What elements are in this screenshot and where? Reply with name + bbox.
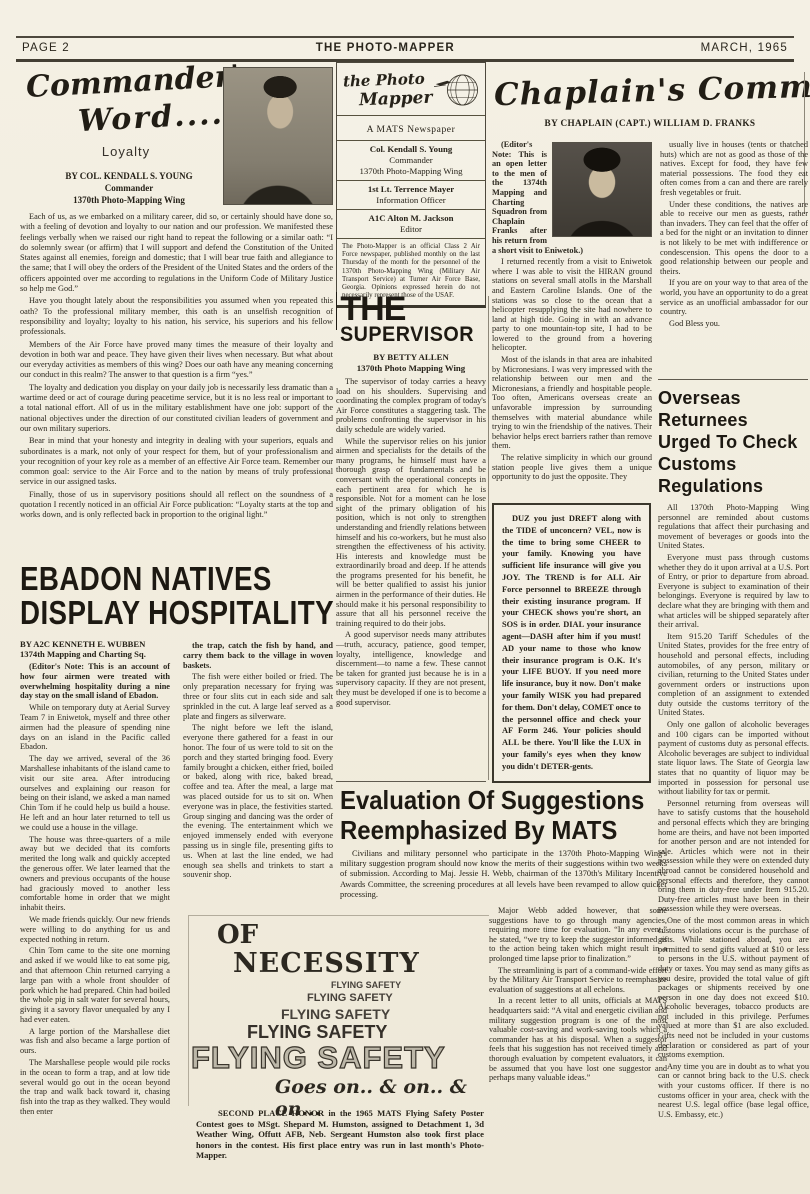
paragraph: Members of the Air Force have proved man… bbox=[20, 340, 333, 381]
paragraph: Only one gallon of alcoholic beverages a… bbox=[658, 720, 809, 797]
paragraph: The loyalty and dedication you display o… bbox=[20, 383, 333, 434]
poster-of: OF bbox=[217, 920, 258, 950]
newspaper-page: PAGE 2 THE PHOTO-MAPPER MARCH, 1965 Comm… bbox=[0, 0, 810, 1194]
masthead-logo-line2: Mapper bbox=[359, 88, 433, 111]
flying-safety-poster: OF NECESSITY FLYING SAFETY FLYING SAFETY… bbox=[188, 915, 489, 1106]
poster-caption: SECOND PLACE HONOR in the 1965 MATS Flyi… bbox=[196, 1108, 484, 1161]
masthead-staff-editor: A1C Alton M. Jackson Editor bbox=[337, 209, 485, 238]
supervisor-bottom-rule bbox=[336, 781, 486, 782]
paragraph: The house was three-quarters of a mile a… bbox=[20, 835, 170, 913]
page-header: PAGE 2 THE PHOTO-MAPPER MARCH, 1965 bbox=[16, 36, 794, 62]
paragraph: The fish were either boiled or fried. Th… bbox=[183, 672, 333, 721]
paragraph: Chin Tom came to the site one morning an… bbox=[20, 946, 170, 1024]
paragraph: While the supervisor relies on his junio… bbox=[336, 437, 486, 629]
masthead-staff-commander: Col. Kendall S. Young Commander 1370th P… bbox=[337, 140, 485, 180]
masthead-logo: the Photo Mapper bbox=[337, 63, 485, 115]
paragraph: Finally, those of us in supervisory posi… bbox=[20, 490, 333, 521]
paragraph: Any time you are in doubt as to what you… bbox=[658, 1062, 809, 1120]
chaplains-comments-title: Chaplain's Comments bbox=[494, 67, 810, 113]
paragraph: The day we arrived, several of the 36 Ma… bbox=[20, 754, 170, 832]
commanders-word-body: Each of us, as we embarked on a military… bbox=[20, 212, 333, 521]
masthead-tagline: A MATS Newspaper bbox=[367, 125, 456, 135]
poster-necessity: NECESSITY bbox=[233, 948, 420, 979]
ebadon-headline-line2: DISPLAY HOSPITALITY bbox=[20, 596, 336, 630]
paragraph: the trap, catch the fish by hand, and ca… bbox=[183, 641, 333, 670]
paragraph: Most of the islands in that area are inh… bbox=[492, 355, 652, 451]
column-rule-middle bbox=[488, 296, 489, 780]
issue-date: MARCH, 1965 bbox=[701, 42, 788, 54]
ebadon-column-1: BY A2C KENNETH E. WUBBEN 1374th Mapping … bbox=[20, 639, 170, 1119]
commanders-word-header: Commander's Word..... Loyalty BY COL. KE… bbox=[20, 64, 333, 212]
paragraph: Each of us, as we embarked on a military… bbox=[20, 212, 333, 294]
commanders-word-subtitle: Loyalty bbox=[20, 144, 232, 159]
paragraph: Everyone must pass through customs wheth… bbox=[658, 553, 809, 630]
insurance-filler-text: DUZ you just DREFT along with the TIDE o… bbox=[502, 513, 641, 773]
paragraph: While on temporary duty at Aerial Survey… bbox=[20, 703, 170, 752]
paragraph: usually live in houses (tents or thatche… bbox=[660, 140, 808, 198]
poster-flying-safety-3: FLYING SAFETY bbox=[281, 1006, 390, 1022]
masthead-tagline-row: A MATS Newspaper bbox=[337, 115, 485, 140]
suggestions-article: Evaluation Of Suggestions Reemphasized B… bbox=[340, 785, 667, 900]
supervisor-body: The supervisor of today carries a heavy … bbox=[336, 377, 486, 707]
chaplain-column-1: (Editor's Note: This is an open letter t… bbox=[492, 140, 652, 484]
paragraph: If you are on your way to that area of t… bbox=[660, 278, 808, 316]
supervisor-article: THE SUPERVISOR BY BETTY ALLEN 1370th Pho… bbox=[336, 292, 486, 709]
overseas-headline-line3: Customs Regulations bbox=[658, 453, 809, 497]
chaplain-column-2: usually live in houses (tents or thatche… bbox=[660, 140, 808, 328]
poster-flying-safety-5: FLYING SAFETY bbox=[191, 1040, 446, 1076]
commanders-word-title-line2: Word..... bbox=[77, 96, 237, 139]
masthead-staff-info-officer: 1st Lt. Terrence Mayer Information Offic… bbox=[337, 180, 485, 209]
paragraph: Major Webb added however, that some sugg… bbox=[489, 906, 667, 964]
poster-flying-safety-1: FLYING SAFETY bbox=[331, 980, 401, 990]
paragraph: A large portion of the Marshallese diet … bbox=[20, 1027, 170, 1056]
masthead-box: the Photo Mapper A MATS Newspaper Col. K… bbox=[336, 62, 486, 308]
paragraph: All 1370th Photo-Mapping Wing personnel … bbox=[658, 503, 809, 551]
paragraph: The relative simplicity in which our gro… bbox=[492, 453, 652, 482]
paragraph: A good supervisor needs many attributes—… bbox=[336, 630, 486, 707]
suggestions-intro: Civilians and military personnel who par… bbox=[340, 849, 667, 900]
newspaper-title: THE PHOTO-MAPPER bbox=[316, 42, 455, 54]
supervisor-byline: BY BETTY ALLEN 1370th Photo Mapping Wing bbox=[336, 352, 486, 374]
paragraph: Under these conditions, the natives are … bbox=[660, 200, 808, 277]
paragraph: Have you thought lately about the respon… bbox=[20, 296, 333, 337]
poster-flying-safety-2: FLYING SAFETY bbox=[307, 992, 393, 1004]
paragraph: The streamlining is part of a command-wi… bbox=[489, 966, 667, 995]
paragraph: In a recent letter to all units, officia… bbox=[489, 996, 667, 1082]
commanders-word-article: Commander's Word..... Loyalty BY COL. KE… bbox=[20, 64, 333, 523]
paragraph: Personnel returning from overseas will h… bbox=[658, 799, 809, 914]
paragraph: The supervisor of today carries a heavy … bbox=[336, 377, 486, 435]
insurance-filler-box: DUZ you just DREFT along with the TIDE o… bbox=[492, 503, 651, 783]
paragraph: One of the most common areas in which cu… bbox=[658, 916, 809, 1060]
suggestions-headline-line1: Evaluation Of Suggestions bbox=[340, 785, 667, 815]
chaplain-closing: God Bless you. bbox=[660, 319, 808, 329]
paragraph: (Editor's Note: This is an account of ho… bbox=[20, 662, 170, 701]
page-number: PAGE 2 bbox=[22, 42, 70, 54]
globe-plane-icon bbox=[434, 67, 483, 113]
paragraph: Bear in mind that your honesty and integ… bbox=[20, 436, 333, 487]
chaplain-byline: BY CHAPLAIN (CAPT.) WILLIAM D. FRANKS bbox=[492, 118, 808, 128]
ebadon-headline-line1: EBADON NATIVES bbox=[20, 562, 336, 596]
overseas-article: Overseas Returnees Urged To Check Custom… bbox=[658, 387, 809, 1121]
ebadon-byline2: 1374th Mapping and Charting Sq. bbox=[20, 649, 170, 659]
overseas-headline-line2: Urged To Check bbox=[658, 431, 809, 453]
paragraph: The Marshallese people would pile rocks … bbox=[20, 1058, 170, 1117]
commander-portrait-photo bbox=[223, 67, 333, 205]
paragraph: We made friends quickly. Our new friends… bbox=[20, 915, 170, 944]
overseas-headline-line1: Overseas Returnees bbox=[658, 387, 809, 431]
paragraph: The night before we left the island, eve… bbox=[183, 723, 333, 880]
paragraph: I returned recently from a visit to Eniw… bbox=[492, 257, 652, 353]
chaplain-portrait-photo bbox=[552, 142, 652, 237]
ebadon-byline: BY A2C KENNETH E. WUBBEN bbox=[20, 639, 170, 649]
overseas-body: All 1370th Photo-Mapping Wing personnel … bbox=[658, 503, 809, 1119]
commanders-word-byline: BY COL. KENDALL S. YOUNG Commander 1370t… bbox=[20, 170, 238, 206]
overseas-top-rule bbox=[658, 379, 808, 380]
suggestions-headline-line2: Reemphasized By MATS bbox=[340, 815, 667, 845]
supervisor-logo: THE SUPERVISOR bbox=[336, 292, 486, 347]
suggestions-column: Major Webb added however, that some sugg… bbox=[489, 906, 667, 1085]
paragraph: Item 915.20 Tariff Schedules of the Unit… bbox=[658, 632, 809, 718]
